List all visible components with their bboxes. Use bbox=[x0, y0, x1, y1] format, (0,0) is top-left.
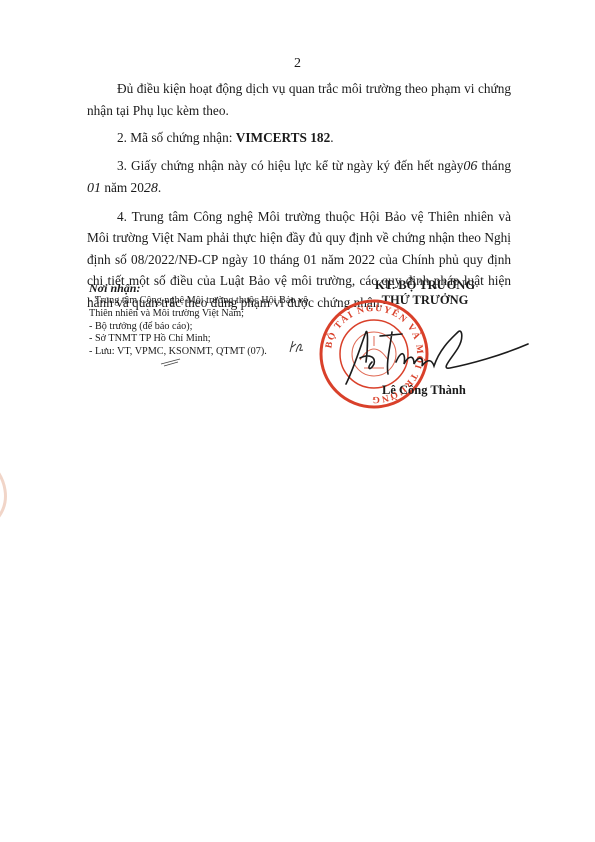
recipients-title: Nơi nhận: bbox=[89, 281, 319, 295]
recipients-block: Nơi nhận: - Trung tâm Công nghệ Môi trườ… bbox=[89, 281, 319, 359]
signer-position-1: KT. BỘ TRƯỞNG bbox=[330, 278, 520, 293]
page-number: 2 bbox=[0, 56, 595, 72]
month-label: tháng bbox=[477, 158, 511, 173]
certificate-code-label: 2. Mã số chứng nhận: bbox=[117, 130, 236, 145]
validity-month: 01 bbox=[87, 181, 101, 196]
initials-mark bbox=[286, 338, 306, 356]
recipient-item: - Trung tâm Công nghệ Môi trường thuộc H… bbox=[89, 295, 319, 321]
signer-name: Lê Công Thành bbox=[382, 383, 466, 398]
punct: . bbox=[158, 180, 161, 195]
paragraph-validity: 3. Giấy chứng nhận này có hiệu lực kể từ… bbox=[87, 155, 511, 200]
punct: . bbox=[330, 130, 333, 145]
validity-day: 06 bbox=[463, 159, 477, 174]
paragraph-scope: Đủ điều kiện hoạt động dịch vụ quan trắc… bbox=[87, 78, 511, 121]
dash-mark bbox=[158, 356, 184, 368]
handwritten-signature bbox=[340, 318, 530, 388]
year-label: năm 20 bbox=[101, 180, 144, 195]
recipient-item: - Bộ trưởng (để báo cáo); bbox=[89, 321, 319, 334]
faint-seal-edge bbox=[0, 445, 30, 535]
certificate-code: VIMCERTS 182 bbox=[236, 130, 330, 145]
validity-text: 3. Giấy chứng nhận này có hiệu lực kể từ… bbox=[117, 158, 463, 173]
validity-year: 28 bbox=[144, 181, 158, 196]
paragraph-certificate-code: 2. Mã số chứng nhận: VIMCERTS 182. bbox=[87, 127, 511, 149]
recipient-item: - Sở TNMT TP Hồ Chí Minh; bbox=[89, 333, 319, 346]
recipient-item: - Lưu: VT, VPMC, KSONMT, QTMT (07). bbox=[89, 346, 319, 359]
